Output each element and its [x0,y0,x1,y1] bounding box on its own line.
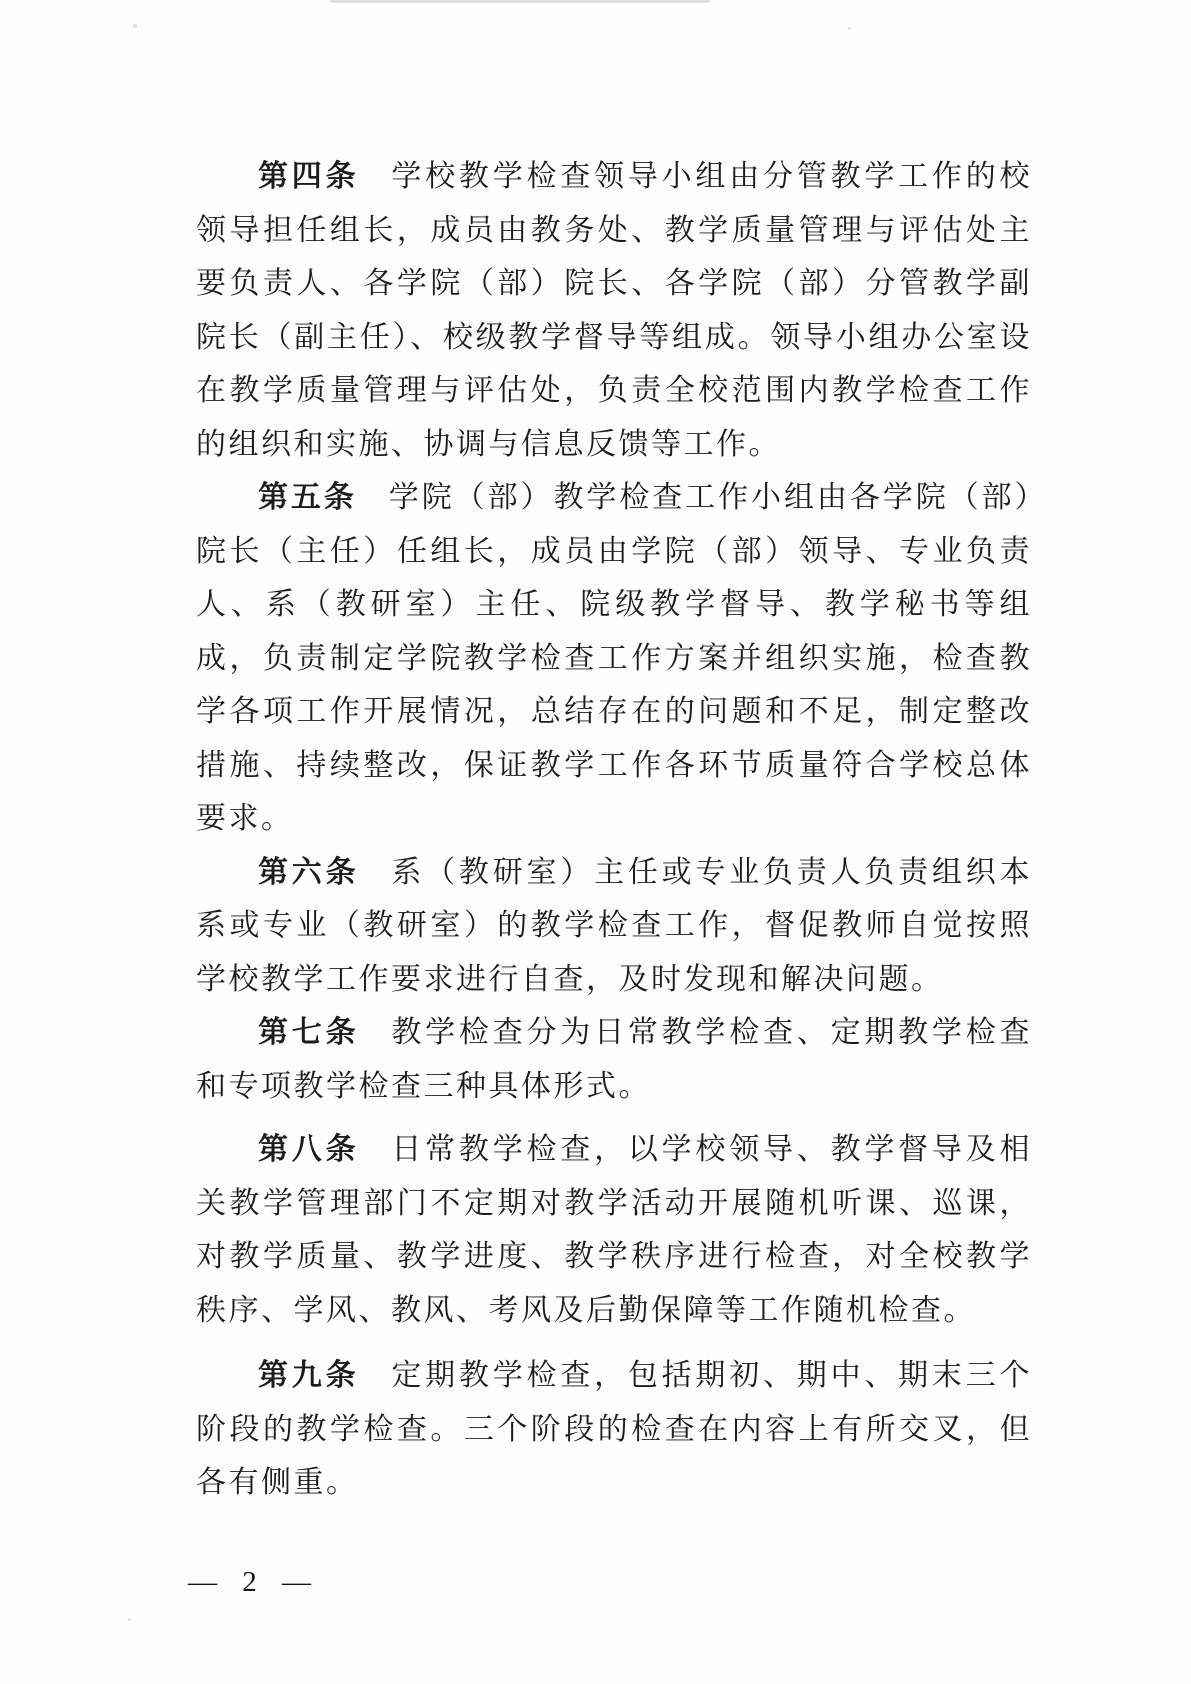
article-text: 学院（部）教学检查工作小组由各学院（部）院长（主任）任组长，成员由学院（部）领导… [196,481,1032,835]
article-paragraph-7: 第七条教学检查分为日常教学检查、定期教学检查和专项教学检查三种具体形式。 [196,1006,1032,1113]
article-label: 第八条 [258,1133,359,1166]
article-label: 第七条 [258,1016,359,1049]
article-label: 第五条 [258,481,357,514]
document-body: 第四条学校教学检查领导小组由分管教学工作的校领导担任组长，成员由教务处、教学质量… [196,150,1032,1510]
article-paragraph-9: 第九条定期教学检查，包括期初、期中、期末三个阶段的教学检查。三个阶段的检查在内容… [196,1349,1032,1510]
scan-speck [128,1618,131,1621]
article-label: 第九条 [258,1359,359,1392]
article-paragraph-5: 第五条学院（部）教学检查工作小组由各学院（部）院长（主任）任组长，成员由学院（部… [196,471,1032,846]
article-paragraph-8: 第八条日常教学检查，以学校领导、教学督导及相关教学管理部门不定期对教学活动开展随… [196,1123,1032,1337]
article-text: 学校教学检查领导小组由分管教学工作的校领导担任组长，成员由教务处、教学质量管理与… [196,160,1032,461]
article-paragraph-4: 第四条学校教学检查领导小组由分管教学工作的校领导担任组长，成员由教务处、教学质量… [196,150,1032,471]
article-paragraph-6: 第六条系（教研室）主任或专业负责人负责组织本系或专业（教研室）的教学检查工作，督… [196,846,1032,1007]
scan-speck [848,27,851,30]
article-label: 第六条 [258,856,359,889]
scan-speck [133,24,137,28]
page-number: — 2 — [188,1566,320,1599]
article-label: 第四条 [258,160,359,193]
scanned-document-page: 第四条学校教学检查领导小组由分管教学工作的校领导担任组长，成员由教务处、教学质量… [0,0,1191,1684]
scan-streak-artifact [330,0,710,3]
